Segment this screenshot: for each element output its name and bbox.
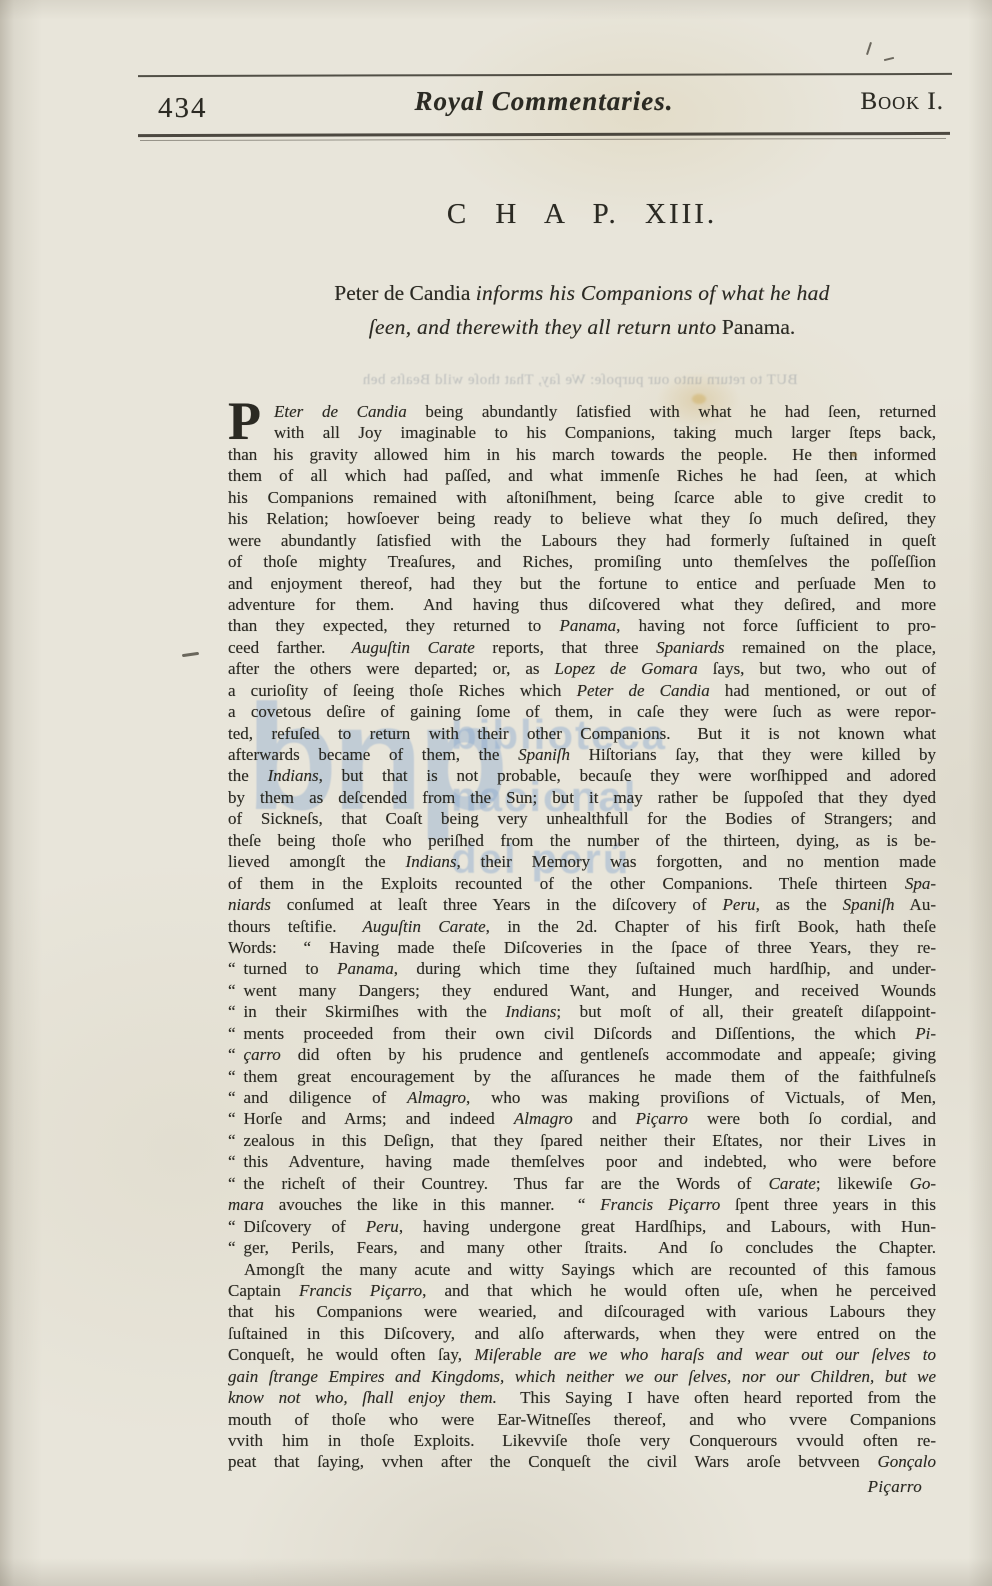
- body-line: “them great encouragement by the aſſuran…: [228, 1066, 936, 1087]
- body-line: them of all which had paſſed, and what i…: [228, 465, 936, 486]
- body-line: Eter de Candia being abundantly ſatisfie…: [228, 401, 936, 422]
- body-line: the Indians, but that is not probable, b…: [228, 765, 936, 786]
- body-line: “Diſcovery of Peru, having undergone gre…: [228, 1216, 936, 1237]
- body-line: know not who, ſhall enjoy them. This Say…: [228, 1387, 936, 1408]
- body-line: “went many Dangers; they endured Want, a…: [228, 980, 936, 1001]
- quote-mark: “: [228, 1217, 236, 1236]
- body-line: his Companions remained with aſtoniſhmen…: [228, 487, 936, 508]
- body-line: “zealous in this Deſign, that they ſpare…: [228, 1130, 936, 1151]
- body-line: vvith him in thoſe Exploits. Likevviſe t…: [228, 1430, 936, 1451]
- body-line: thours teſtifie. Auguſtin Carate, in the…: [228, 916, 936, 937]
- body-line: and enjoyment thereof, had they but the …: [228, 573, 936, 594]
- body-line: niards conſumed at leaſt three Years in …: [228, 894, 936, 915]
- body-line: ceed farther. Auguſtin Carate reports, t…: [228, 637, 936, 658]
- body-line: Words: “ Having made theſe Diſcoveries i…: [228, 937, 936, 958]
- body-line: after the others were departed; or, as L…: [228, 658, 936, 679]
- body-line: mara avouches the like in this manner. “…: [228, 1194, 936, 1215]
- body-line: afterwards became of them, the Spaniſh H…: [228, 744, 936, 765]
- body-line: “this Adventure, having made themſelves …: [228, 1151, 936, 1172]
- quote-mark: “: [228, 1067, 236, 1086]
- body-line: ted, refuſed to return with their other …: [228, 723, 936, 744]
- body-line: a covetous deſire of gaining ſome of the…: [228, 701, 936, 722]
- body-line: “the richeſt of their Countrey. Thus far…: [228, 1173, 936, 1194]
- catchword: Piçarro: [868, 1477, 922, 1497]
- corner-pen-mark: [866, 42, 872, 55]
- body-line: a curioſity of ſeeing thoſe Riches which…: [228, 680, 936, 701]
- header-bottom-rule: [138, 132, 950, 137]
- quote-mark: “: [228, 1088, 236, 1107]
- body-line: than they expected, they returned to Pan…: [228, 615, 936, 636]
- body-line: with all Joy imaginable to his Companion…: [228, 422, 936, 443]
- margin-pen-mark: [182, 652, 199, 657]
- body-line: “çarro did often by his prudence and gen…: [228, 1044, 936, 1065]
- body-line: than his gravity allowed him in his marc…: [228, 444, 936, 465]
- body-line: of Sickneſs, that Coaſt being very unhea…: [228, 808, 936, 829]
- quote-mark: “: [228, 1174, 236, 1193]
- body-line: ſuſtained in this Diſcovery, and alſo af…: [228, 1323, 936, 1344]
- quote-mark: “: [228, 1045, 236, 1064]
- body-line: gain ſtrange Empires and Kingdoms, which…: [228, 1366, 936, 1387]
- body-line: “ger, Perils, Fears, and many other ſtra…: [228, 1237, 936, 1258]
- body-line: Conqueſt, he would often ſay, Miſerable …: [228, 1344, 936, 1365]
- body-line: “Horſe and Arms; and indeed Almagro and …: [228, 1108, 936, 1129]
- quote-mark: “: [228, 959, 236, 978]
- quote-mark: “: [228, 1238, 236, 1257]
- quote-mark: “: [228, 981, 236, 1000]
- body-line: Amongſt the many acute and witty Sayings…: [228, 1259, 936, 1280]
- body-line: “in their Skirmiſhes with the Indians; b…: [228, 1001, 936, 1022]
- body-line: that his Companions were wearied, and di…: [228, 1301, 936, 1322]
- bleed-through-text: BUT to return unto our purpoſe: We ſay, …: [230, 372, 930, 389]
- body-line: of them in the Exploits recounted of the…: [228, 873, 936, 894]
- body-line: his Relation; howſoever being ready to b…: [228, 508, 936, 529]
- chapter-subtitle-line-2: ſeen, and therewith they all return unto…: [208, 310, 956, 344]
- quote-mark: “: [228, 1152, 236, 1171]
- body-line: adventure for them. And having thus diſc…: [228, 594, 936, 615]
- header-bottom-rule-echo: [140, 138, 946, 141]
- body-line: Captain Francis Piçarro, and that which …: [228, 1280, 936, 1301]
- body-line: of thoſe mighty Treaſures, and Riches, p…: [228, 551, 936, 572]
- body-line: “turned to Panama, during which time the…: [228, 958, 936, 979]
- page-header: 434 Royal Commentaries. Book I.: [138, 84, 950, 130]
- quote-mark: “: [228, 1002, 236, 1021]
- quote-mark: “: [228, 1109, 236, 1128]
- body-line: were abundantly ſatisfied with the Labou…: [228, 530, 936, 551]
- paper-stain: [851, 452, 857, 457]
- body-line: lieved amongſt the Indians, their Memory…: [228, 851, 936, 872]
- chapter-subtitle: Peter de Candia informs his Companions o…: [208, 276, 956, 344]
- body-line: peat that ſaying, vvhen after the Conque…: [228, 1451, 936, 1472]
- body-line: by them as deſcended from the Sun; but i…: [228, 787, 936, 808]
- paper-stain: [692, 394, 706, 404]
- chapter-subtitle-line-1: Peter de Candia informs his Companions o…: [208, 276, 956, 310]
- running-title: Royal Commentaries.: [414, 86, 673, 117]
- chapter-heading: C H A P. XIII.: [228, 198, 936, 231]
- body-line: mouth of thoſe who were Ear-Witneſſes th…: [228, 1409, 936, 1430]
- body-text: Eter de Candia being abundantly ſatisfie…: [228, 401, 936, 1473]
- body-line: “and diligence of Almagro, who was makin…: [228, 1087, 936, 1108]
- book-label: Book I.: [861, 88, 945, 116]
- quote-mark: “: [228, 1024, 236, 1043]
- quote-mark: “: [228, 1131, 236, 1150]
- body-line: “ments proceeded from their own civil Di…: [228, 1023, 936, 1044]
- header-top-rule: [138, 73, 952, 77]
- scanned-book-page: { "page": { "header": { "page_number": "…: [0, 0, 992, 1586]
- corner-pen-mark: [884, 57, 894, 61]
- page-number: 434: [158, 92, 208, 125]
- body-line: theſe being thoſe who periſhed from the …: [228, 830, 936, 851]
